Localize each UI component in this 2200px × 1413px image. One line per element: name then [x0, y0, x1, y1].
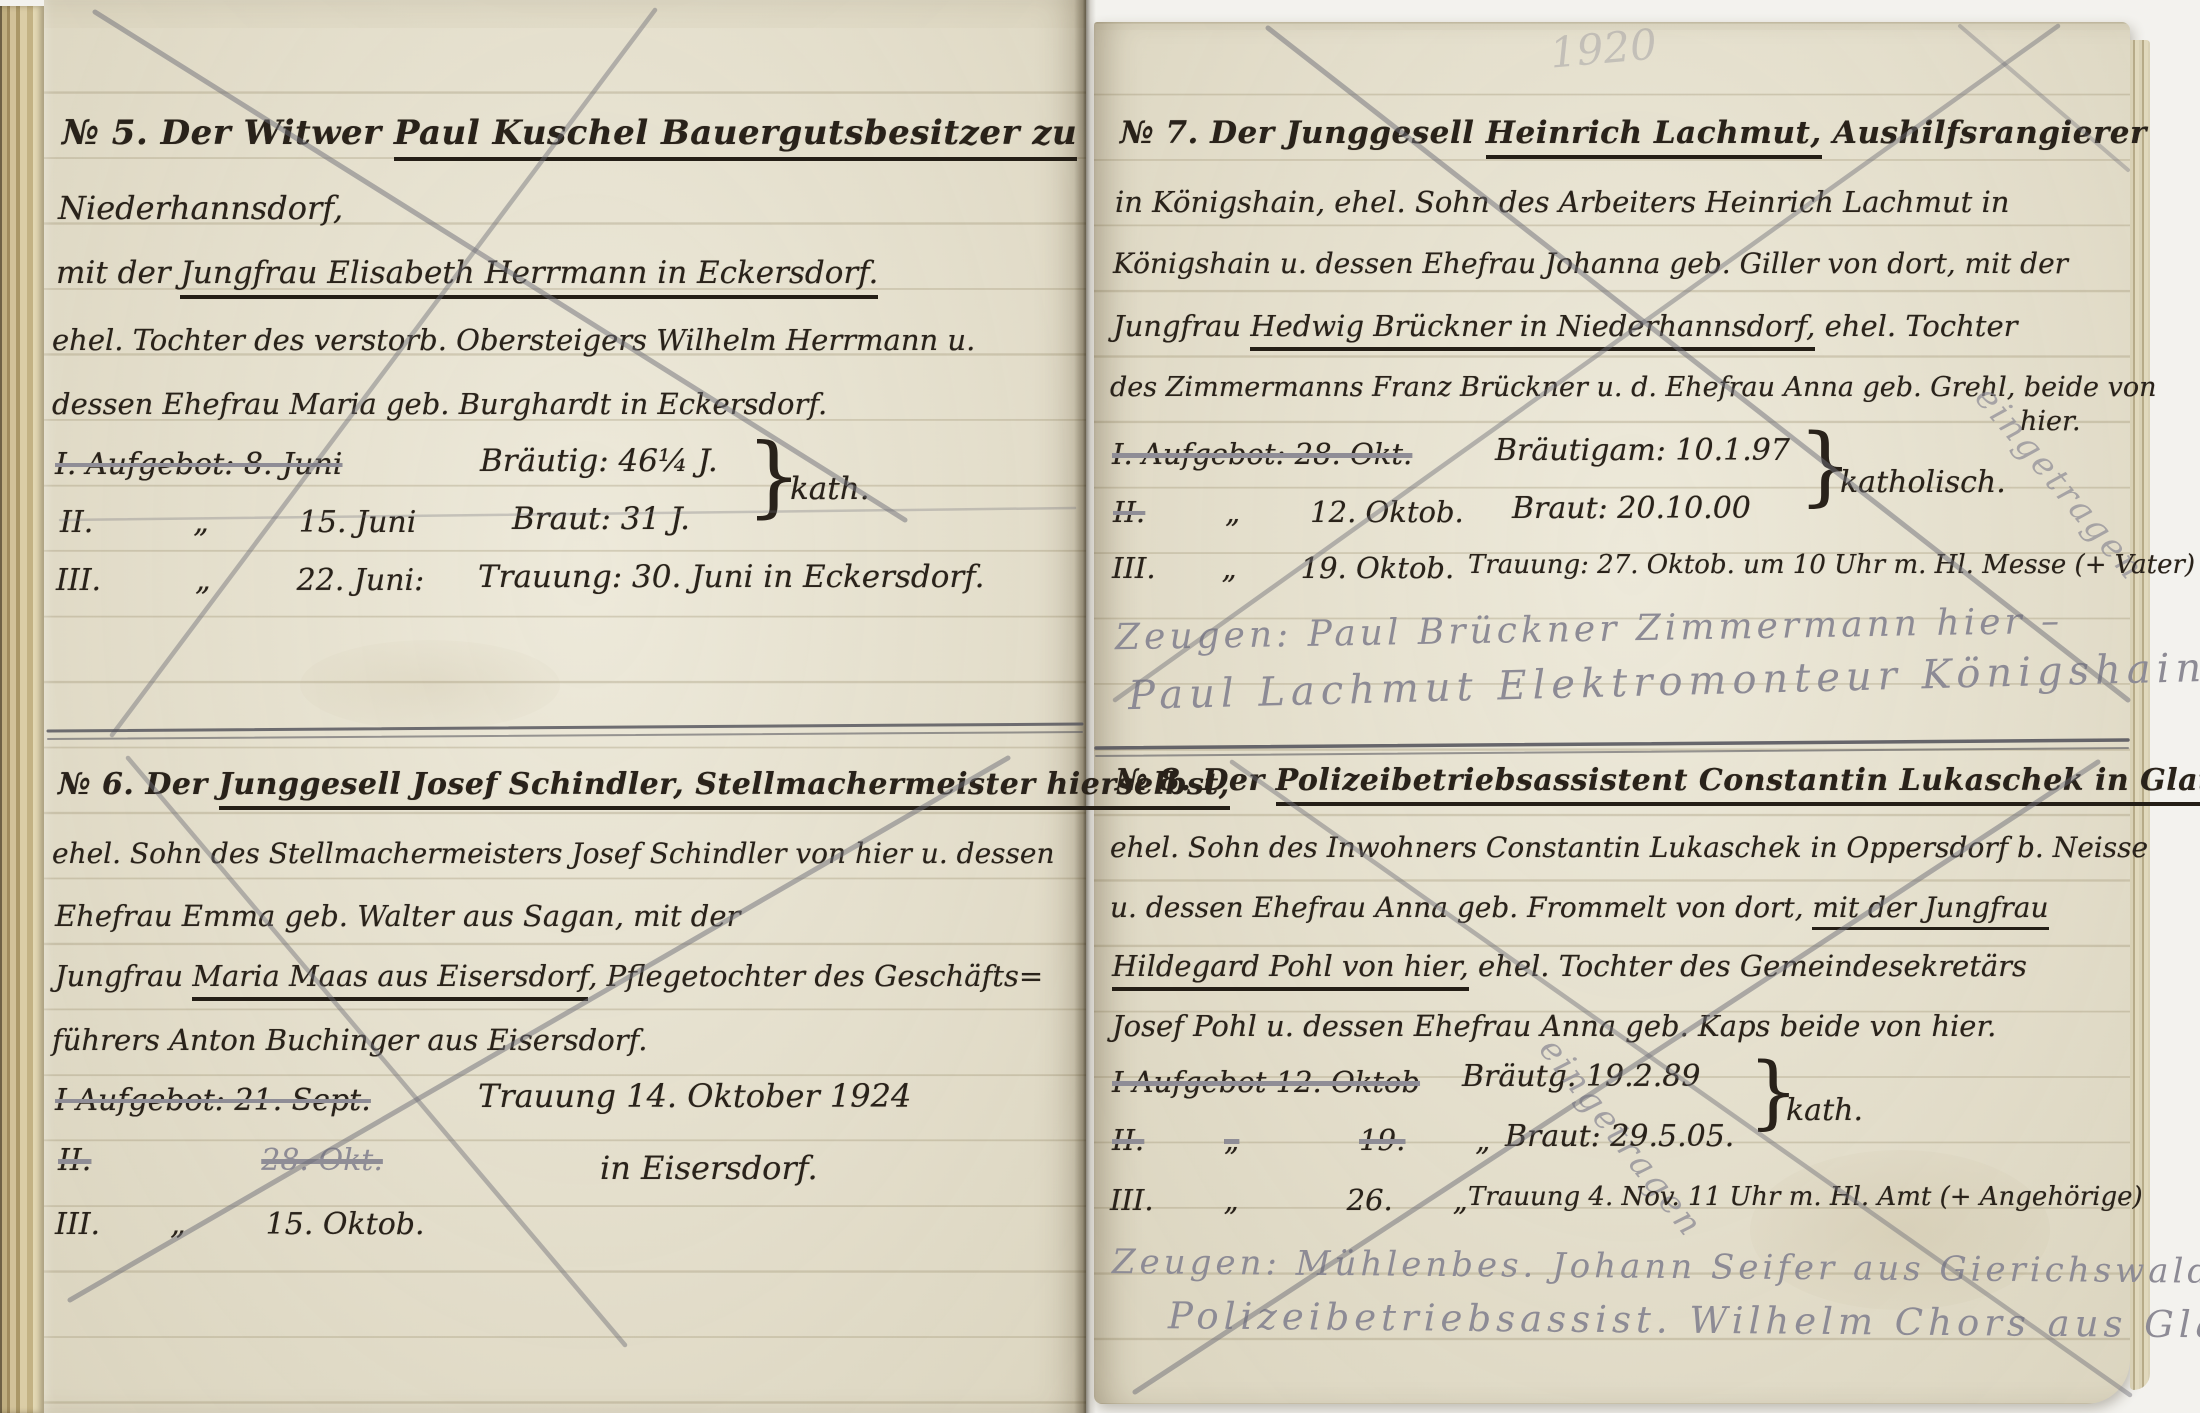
- entry8-header-pre: № 8. Der: [1115, 763, 1276, 798]
- entry7-header-post: Aushilfsrangierer: [1822, 115, 2147, 151]
- entry7-banns3-date: 19. Oktob.: [1301, 551, 1455, 585]
- entry6-bride-name: Maria Maas aus Eisersdorf: [192, 959, 588, 1001]
- entry8-wedding: Trauung 4. Nov. 11 Uhr m. Hl. Amt (+ Ang…: [1468, 1184, 2143, 1210]
- entry7-banns2-date: 12. Oktob.: [1310, 495, 1464, 529]
- register-book-spread: 1920 № 5. Der Witwer Paul Kuschel Bauerg…: [0, 0, 2200, 1413]
- entry8-bride-name: Hildegard Pohl von hier,: [1112, 949, 1469, 991]
- entry5-line3: mit der Jungfrau Elisabeth Herrmann in E…: [56, 258, 878, 289]
- entry8-banns3-date: 26.: [1347, 1183, 1393, 1217]
- entry7-line4: Jungfrau Hedwig Brückner in Niederhannsd…: [1113, 312, 2017, 341]
- entry6-banns-row1: I Aufgebot: 21. Sept.: [55, 1086, 371, 1116]
- entry6-groom-name: Junggesell Josef Schindler, Stellmacherm…: [219, 767, 1230, 810]
- entry7-line3: Königshain u. dessen Ehefrau Johanna geb…: [1113, 250, 2068, 278]
- entry7-banns1-date: I. Aufgebot: 28. Okt.: [1112, 437, 1412, 471]
- entry5-groom-name: Paul Kuschel Bauergutsbesitzer zu: [394, 113, 1077, 161]
- entry7-wedding: Trauung: 27. Oktob. um 10 Uhr m. Hl. Mes…: [1468, 552, 2195, 578]
- entry6-header-pre: № 6. Der: [58, 767, 219, 802]
- entry5-banns1-date: I. Aufgebot: 8. Juni: [55, 447, 342, 482]
- entry6-wedding: Trauung 14. Oktober 1924: [478, 1080, 911, 1112]
- entry5-bride-name: Jungfrau Elisabeth Herrmann in Eckersdor…: [180, 255, 878, 299]
- entry7-bride-name: Hedwig Brückner in Niederhannsdorf,: [1250, 309, 1815, 351]
- entry7-banns-row2: II.„12. Oktob.: [1113, 498, 1464, 527]
- ditto-mark: „: [193, 505, 209, 540]
- entry6-line4-pre: Jungfrau: [55, 959, 192, 993]
- entry7-banns3-no: III.: [1112, 551, 1156, 585]
- entry6-banns3-no: III.: [55, 1207, 100, 1242]
- entry8-banns-row3: III.„26.„: [1110, 1186, 1468, 1215]
- entry6-banns2-date: 28. Okt.: [261, 1143, 383, 1178]
- entry5-banns-row2: II.„15. Juni: [60, 508, 416, 538]
- entry8-banns1-date: I Aufgebot 12. Oktob: [1112, 1065, 1420, 1099]
- entry5-banns-row3: III.„22. Juni:: [56, 566, 424, 596]
- entry8-confession: kath.: [1786, 1096, 1863, 1126]
- ditto-mark: „: [1224, 1123, 1239, 1157]
- entry5-line4: ehel. Tochter des verstorb. Obersteigers…: [52, 326, 975, 355]
- entry5-banns3-no: III.: [56, 563, 101, 598]
- entry8-witnesses-line2: Polizeibetriebsassist. Wilhelm Chors aus…: [1168, 1297, 2200, 1344]
- entry5-header-pre: № 5. Der Witwer: [62, 113, 394, 153]
- entry7-bride-birth: Braut: 20.10.00: [1512, 494, 1751, 524]
- entry6-banns-row3: III.„15. Oktob.: [55, 1210, 425, 1240]
- ditto-mark: „: [195, 563, 211, 598]
- entry8-banns2-no: II.: [1112, 1123, 1144, 1157]
- entry6-wedding-place: in Eisersdorf.: [600, 1152, 818, 1184]
- entry7-groom-birth: Bräutigam: 10.1.97: [1495, 436, 1790, 466]
- book-page-stack-left: [0, 6, 44, 1413]
- entry8-banns-row2: II.„19.„: [1112, 1126, 1490, 1155]
- entry5-wedding: Trauung: 30. Juni in Eckersdorf.: [478, 562, 984, 593]
- year-annotation: 1920: [1548, 23, 1658, 74]
- entry7-banns-row3: III.„19. Oktob.: [1112, 554, 1454, 583]
- entry8-banns2-date: 19.: [1359, 1123, 1405, 1157]
- entry5-groom-age: Bräutig: 46¼ J.: [480, 446, 718, 477]
- entry8-bride-birth: Braut: 29.5.05.: [1505, 1122, 1734, 1152]
- entry5-banns3-date: 22. Juni:: [297, 563, 425, 598]
- ditto-mark: „: [170, 1207, 186, 1242]
- entry8-line3-ul: mit der Jungfrau: [1812, 891, 2048, 930]
- entry6-header: № 6. Der Junggesell Josef Schindler, Ste…: [58, 770, 1230, 800]
- entry5-banns2-no: II.: [60, 505, 93, 540]
- entry5-confession: kath.: [790, 474, 870, 505]
- entry7-header-pre: № 7. Der Junggesell: [1120, 115, 1486, 151]
- entry5-banns2-date: 15. Juni: [299, 505, 417, 540]
- entry8-line3: u. dessen Ehefrau Anna geb. Frommelt von…: [1110, 894, 2049, 922]
- entry6-line3: Ehefrau Emma geb. Walter aus Sagan, mit …: [55, 902, 740, 931]
- entry6-banns1-date: I Aufgebot: 21. Sept.: [55, 1083, 371, 1118]
- entry8-banns-row1: I Aufgebot 12. Oktob: [1112, 1068, 1420, 1097]
- entry6-banns-row2: II.28. Okt.: [58, 1146, 383, 1176]
- entry7-line2: in Königshain, ehel. Sohn des Arbeiters …: [1115, 188, 2009, 217]
- entry5-header: № 5. Der Witwer Paul Kuschel Bauergutsbe…: [62, 116, 1077, 150]
- entry7-line4-pre: Jungfrau: [1113, 309, 1250, 343]
- ditto-mark: „: [1453, 1183, 1468, 1217]
- ditto-mark: „: [1475, 1123, 1490, 1157]
- entry7-banns2-no: II.: [1113, 495, 1145, 529]
- entry6-line4-post: , Pflegetochter des Geschäfts=: [588, 959, 1043, 993]
- ditto-mark: „: [1225, 495, 1240, 529]
- entry8-line4: Hildegard Pohl von hier, ehel. Tochter d…: [1112, 952, 2027, 981]
- entry6-banns3-date: 15. Oktob.: [266, 1207, 425, 1242]
- book-spine-crease: [1074, 0, 1096, 1413]
- entry7-banns-row1: I. Aufgebot: 28. Okt.: [1112, 440, 1412, 469]
- entry5-bride-age: Braut: 31 J.: [512, 504, 690, 535]
- entry8-line2: ehel. Sohn des Inwohners Constantin Luka…: [1110, 834, 2148, 862]
- entry5-line2: Niederhannsdorf,: [58, 192, 343, 224]
- entry8-banns3-no: III.: [1110, 1183, 1154, 1217]
- entry5-line3-pre: mit der: [56, 255, 180, 291]
- entry5-line5: dessen Ehefrau Maria geb. Burghardt in E…: [52, 390, 827, 419]
- entry8-groom-name: Polizeibetriebsassistent Constantin Luka…: [1276, 763, 2200, 806]
- entry6-line2: ehel. Sohn des Stellmachermeisters Josef…: [52, 840, 1054, 868]
- entry6-line5: führers Anton Buchinger aus Eisersdorf.: [52, 1026, 647, 1055]
- entry8-header: № 8. Der Polizeibetriebsassistent Consta…: [1115, 766, 2200, 796]
- entry6-line4: Jungfrau Maria Maas aus Eisersdorf, Pfle…: [55, 962, 1043, 991]
- ditto-mark: „: [1222, 551, 1237, 585]
- entry5-banns-row1: I. Aufgebot: 8. Juni: [55, 450, 342, 480]
- entry7-line4-post: ehel. Tochter: [1815, 309, 2017, 343]
- entry6-banns2-no: II.: [58, 1143, 91, 1178]
- entry8-witnesses-line1: Zeugen: Mühlenbes. Johann Seifer aus Gie…: [1112, 1245, 2200, 1289]
- entry7-confession: katholisch.: [1840, 468, 2006, 498]
- entry7-groom-name: Heinrich Lachmut,: [1486, 115, 1822, 159]
- entry8-line3-pre: u. dessen Ehefrau Anna geb. Frommelt von…: [1110, 891, 1812, 924]
- ditto-mark: „: [1224, 1183, 1239, 1217]
- entry8-line4-post: ehel. Tochter des Gemeindesekretärs: [1469, 949, 2027, 983]
- entry7-header: № 7. Der Junggesell Heinrich Lachmut, Au…: [1120, 118, 2147, 149]
